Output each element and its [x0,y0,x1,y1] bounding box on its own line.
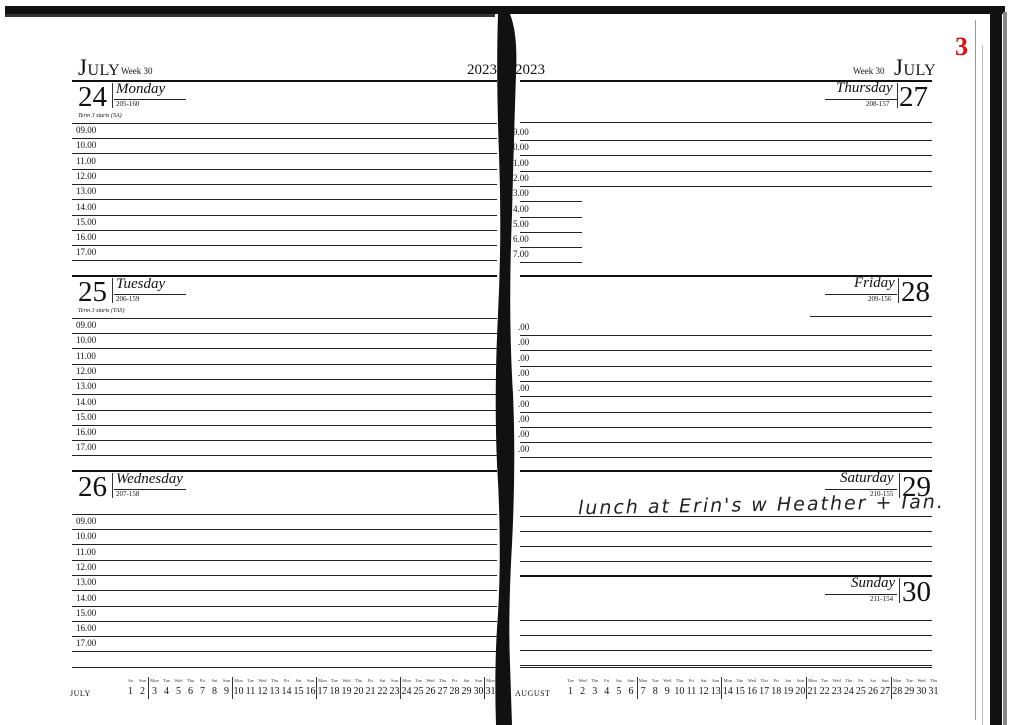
day-count: 208-157 [866,100,889,108]
calendar-weekday: Mon [892,678,903,683]
slot-line [72,410,497,411]
slot-line [72,245,497,246]
calendar-weekday: Tue [245,678,256,683]
slot-line [810,316,932,317]
calendar-weekday: Mon [807,678,818,683]
calendar-day: 1 [565,686,576,697]
calendar-weekday: Mon [485,678,496,683]
slot-line [520,186,932,187]
calendar-day: 14 [281,686,292,697]
left-month-title: JULY [78,55,120,81]
calendar-weekday: Sat [293,678,304,683]
time-label: 13.00 [76,186,96,196]
slot-line [72,348,497,349]
slot-line [520,171,932,172]
day-number: 30 [902,578,931,607]
calendar-day: 6 [626,686,637,697]
time-label: 09.00 [76,516,96,526]
time-label: 11.00 [76,351,96,361]
time-label: 13.00 [76,577,96,587]
calendar-weekday: Sun [880,678,891,683]
time-label: 11.00 [76,156,96,166]
slot-line [520,457,932,458]
slot-line [72,394,497,395]
book-right-cover-edge [1003,12,1007,725]
slot-line [72,138,497,139]
calendar-day: 23 [389,686,400,697]
slot-line [72,636,497,637]
slot-line [520,140,932,141]
day-divider [898,278,899,303]
slot-line [520,201,582,202]
calendar-day: 18 [771,686,782,697]
page-edge-line [975,20,976,720]
time-label: 12.00 [76,562,96,572]
calendar-weekday: Sat [377,678,388,683]
calendar-day: 24 [401,686,412,697]
time-label: 17.00 [76,638,96,648]
slot-line [72,544,497,545]
calendar-weekday: Tue [413,678,424,683]
calendar-weekday: Sun [305,678,316,683]
calendar-day: 4 [161,686,172,697]
slot-line [520,155,932,156]
day-name: Thursday [836,80,893,97]
calendar-day: 5 [173,686,184,697]
calendar-day: 12 [257,686,268,697]
calendar-weekday: Tue [734,678,745,683]
calendar-day: 27 [437,686,448,697]
day-name: Sunday [851,575,895,592]
slot-line [520,122,932,123]
slot-line [520,531,932,532]
day-count: 209-156 [868,295,891,303]
calendar-weekday: Sat [613,678,624,683]
mini-calendar-july-label: July [70,688,91,698]
handwritten-note: lunch at Erin's w Heather + Ian. [578,491,945,519]
slot-line [72,575,497,576]
slot-line [72,590,497,591]
slot-line [520,561,932,562]
slot-line [72,529,497,530]
slot-line [72,425,497,426]
calendar-weekday: Wed [257,678,268,683]
calendar-weekday: Thu [437,678,448,683]
slot-line [520,620,932,621]
slot-line [72,260,497,261]
calendar-day: 28 [449,686,460,697]
calendar-weekday: Tue [161,678,172,683]
calendar-weekday: Sun [389,678,400,683]
day-number: 28 [901,278,930,307]
day-name: Wednesday [116,471,183,488]
slot-line [72,199,497,200]
day-count: 206-159 [116,295,139,303]
calendar-day: 29 [904,686,915,697]
calendar-day: 27 [880,686,891,697]
slot-line [72,123,497,124]
time-label: 17.00 [76,442,96,452]
day-name: Friday [854,275,895,292]
book-top-shadow [5,14,495,17]
calendar-weekday: Thu [353,678,364,683]
slot-line [72,621,497,622]
slot-line [72,364,497,365]
time-label: 10.00 [76,335,96,345]
calendar-weekday: Wed [831,678,842,683]
left-year: 2023 [467,62,497,79]
calendar-day: 1 [125,686,136,697]
slot-line [72,606,497,607]
calendar-day: 21 [807,686,818,697]
calendar-day: 16 [305,686,316,697]
ribbon-bookmark [494,14,522,725]
calendar-day: 11 [245,686,256,697]
calendar-weekday: Fri [771,678,782,683]
day-divider [899,578,900,603]
calendar-day: 7 [638,686,649,697]
day-note: Term 3 starts (TAS) [78,308,125,314]
calendar-day: 22 [819,686,830,697]
slot-line [72,318,497,319]
calendar-weekday: Tue [565,678,576,683]
time-label: 09.00 [76,320,96,330]
calendar-weekday: Sat [783,678,794,683]
calendar-weekday: Fri [197,678,208,683]
calendar-day: 19 [341,686,352,697]
calendar-weekday: Mon [233,678,244,683]
time-label: 15.00 [76,608,96,618]
calendar-day: 24 [843,686,854,697]
slot-line [520,412,932,413]
calendar-day: 31 [928,686,939,697]
time-label: 13.00 [76,381,96,391]
calendar-weekday: Wed [662,678,673,683]
calendar-weekday: Sat [461,678,472,683]
calendar-day: 15 [293,686,304,697]
time-label: 10.00 [76,531,96,541]
calendar-weekday: Sun [795,678,806,683]
time-label: 14.00 [76,202,96,212]
slot-line [520,665,932,666]
calendar-weekday: Mon [722,678,733,683]
calendar-day: 15 [734,686,745,697]
calendar-day: 16 [747,686,758,697]
calendar-weekday: Thu [928,678,939,683]
calendar-weekday: Mon [317,678,328,683]
calendar-day: 12 [698,686,709,697]
slot-line [520,262,582,263]
calendar-day: 22 [377,686,388,697]
calendar-weekday: Sun [221,678,232,683]
calendar-weekday: Wed [747,678,758,683]
calendar-day: 3 [149,686,160,697]
slot-line [72,230,497,231]
time-label: 16.00 [76,232,96,242]
calendar-day: 26 [425,686,436,697]
slot-line [520,335,932,336]
calendar-day: 28 [892,686,903,697]
day-name: Tuesday [116,276,165,293]
time-label: 17.00 [76,247,96,257]
calendar-day: 11 [686,686,697,697]
day-divider [112,278,113,303]
right-week-label: Week 30 [853,66,885,76]
time-label: 09.00 [76,125,96,135]
calendar-day: 30 [916,686,927,697]
slot-line [72,560,497,561]
calendar-day: 9 [662,686,673,697]
calendar-weekday: Sun [473,678,484,683]
calendar-day: 2 [137,686,148,697]
day-name: Saturday [840,470,894,487]
calendar-day: 8 [650,686,661,697]
calendar-day: 29 [461,686,472,697]
slot-line [520,381,932,382]
calendar-day: 13 [710,686,721,697]
calendar-day: 5 [613,686,624,697]
calendar-weekday: Tue [819,678,830,683]
slot-line [520,442,932,443]
calendar-weekday: Sun [626,678,637,683]
calendar-day: 31 [485,686,496,697]
page-edge-line [982,45,983,725]
calendar-day: 4 [601,686,612,697]
calendar-day: 10 [674,686,685,697]
day-note: Term 3 starts (SA) [78,113,122,119]
day-divider [897,83,898,108]
day-count: 205-160 [116,100,139,108]
day-count: 207-158 [116,490,139,498]
slot-line [72,333,497,334]
calendar-weekday: Fri [281,678,292,683]
time-label: 15.00 [76,412,96,422]
day-divider [112,473,113,498]
time-label: 12.00 [76,366,96,376]
slot-line [520,427,932,428]
slot-line [72,455,497,456]
slot-line [520,217,582,218]
calendar-day: 25 [413,686,424,697]
time-label: 14.00 [76,397,96,407]
time-label: 12.00 [76,171,96,181]
calendar-day: 19 [783,686,794,697]
calendar-weekday: Fri [601,678,612,683]
calendar-weekday: Wed [916,678,927,683]
time-label: 16.00 [76,427,96,437]
slot-line [72,440,497,441]
calendar-weekday: Tue [329,678,340,683]
calendar-day: 7 [197,686,208,697]
calendar-weekday: Tue [650,678,661,683]
bottom-rule [72,667,497,668]
slot-line [72,184,497,185]
calendar-day: 26 [868,686,879,697]
slot-line [520,635,932,636]
day-number: 27 [899,83,928,112]
calendar-day: 17 [759,686,770,697]
calendar-day: 13 [269,686,280,697]
slot-line [520,366,932,367]
day-name: Monday [116,81,165,98]
calendar-weekday: Fri [365,678,376,683]
calendar-day: 8 [209,686,220,697]
slot-line [72,215,497,216]
calendar-day: 18 [329,686,340,697]
time-label: 14.00 [76,593,96,603]
calendar-weekday: Sun [137,678,148,683]
calendar-weekday: Sat [698,678,709,683]
calendar-weekday: Sat [209,678,220,683]
calendar-day: 20 [795,686,806,697]
calendar-day: 21 [365,686,376,697]
time-label: 16.00 [76,623,96,633]
page-number: 3 [955,32,968,62]
calendar-day: 30 [473,686,484,697]
calendar-weekday: Mon [638,678,649,683]
calendar-weekday: Sa [125,678,136,683]
calendar-weekday: Fri [686,678,697,683]
slot-line [72,153,497,154]
slot-line [72,651,497,652]
day-divider [112,83,113,108]
calendar-weekday: Wed [173,678,184,683]
calendar-weekday: Tue [904,678,915,683]
slot-line [72,169,497,170]
calendar-weekday: Thu [589,678,600,683]
calendar-day: 2 [577,686,588,697]
calendar-day: 10 [233,686,244,697]
slot-line [520,396,932,397]
calendar-day: 14 [722,686,733,697]
calendar-day: 3 [589,686,600,697]
calendar-day: 6 [185,686,196,697]
calendar-weekday: Thu [185,678,196,683]
day-count: 211-154 [870,595,893,603]
calendar-weekday: Sun [710,678,721,683]
calendar-day: 9 [221,686,232,697]
calendar-weekday: Fri [449,678,460,683]
slot-line [72,379,497,380]
slot-line [72,514,497,515]
time-label: 11.00 [76,547,96,557]
day-number: 26 [78,473,107,502]
mini-calendar-august-label: August [515,688,550,698]
book-right-cover [990,12,1002,725]
calendar-weekday: Wed [577,678,588,683]
calendar-day: 23 [831,686,842,697]
right-month-title: JULY [894,55,936,81]
calendar-weekday: Thu [674,678,685,683]
calendar-day: 25 [855,686,866,697]
calendar-weekday: Thu [269,678,280,683]
calendar-weekday: Wed [341,678,352,683]
calendar-weekday: Sat [868,678,879,683]
calendar-weekday: Wed [425,678,436,683]
calendar-weekday: Mon [149,678,160,683]
calendar-day: 20 [353,686,364,697]
bottom-rule [520,667,932,668]
day-number: 25 [78,278,107,307]
calendar-weekday: Mon [401,678,412,683]
day-number: 24 [78,83,107,112]
calendar-weekday: Fri [855,678,866,683]
slot-line [520,232,582,233]
slot-line [520,247,582,248]
calendar-day: 17 [317,686,328,697]
calendar-weekday: Thu [759,678,770,683]
slot-line [520,546,932,547]
time-label: 15.00 [76,217,96,227]
calendar-weekday: Thu [843,678,854,683]
slot-line [520,650,932,651]
left-week-label: Week 30 [121,66,153,76]
time-label: 10.00 [76,140,96,150]
book-top-edge [5,6,1005,14]
slot-line [520,350,932,351]
